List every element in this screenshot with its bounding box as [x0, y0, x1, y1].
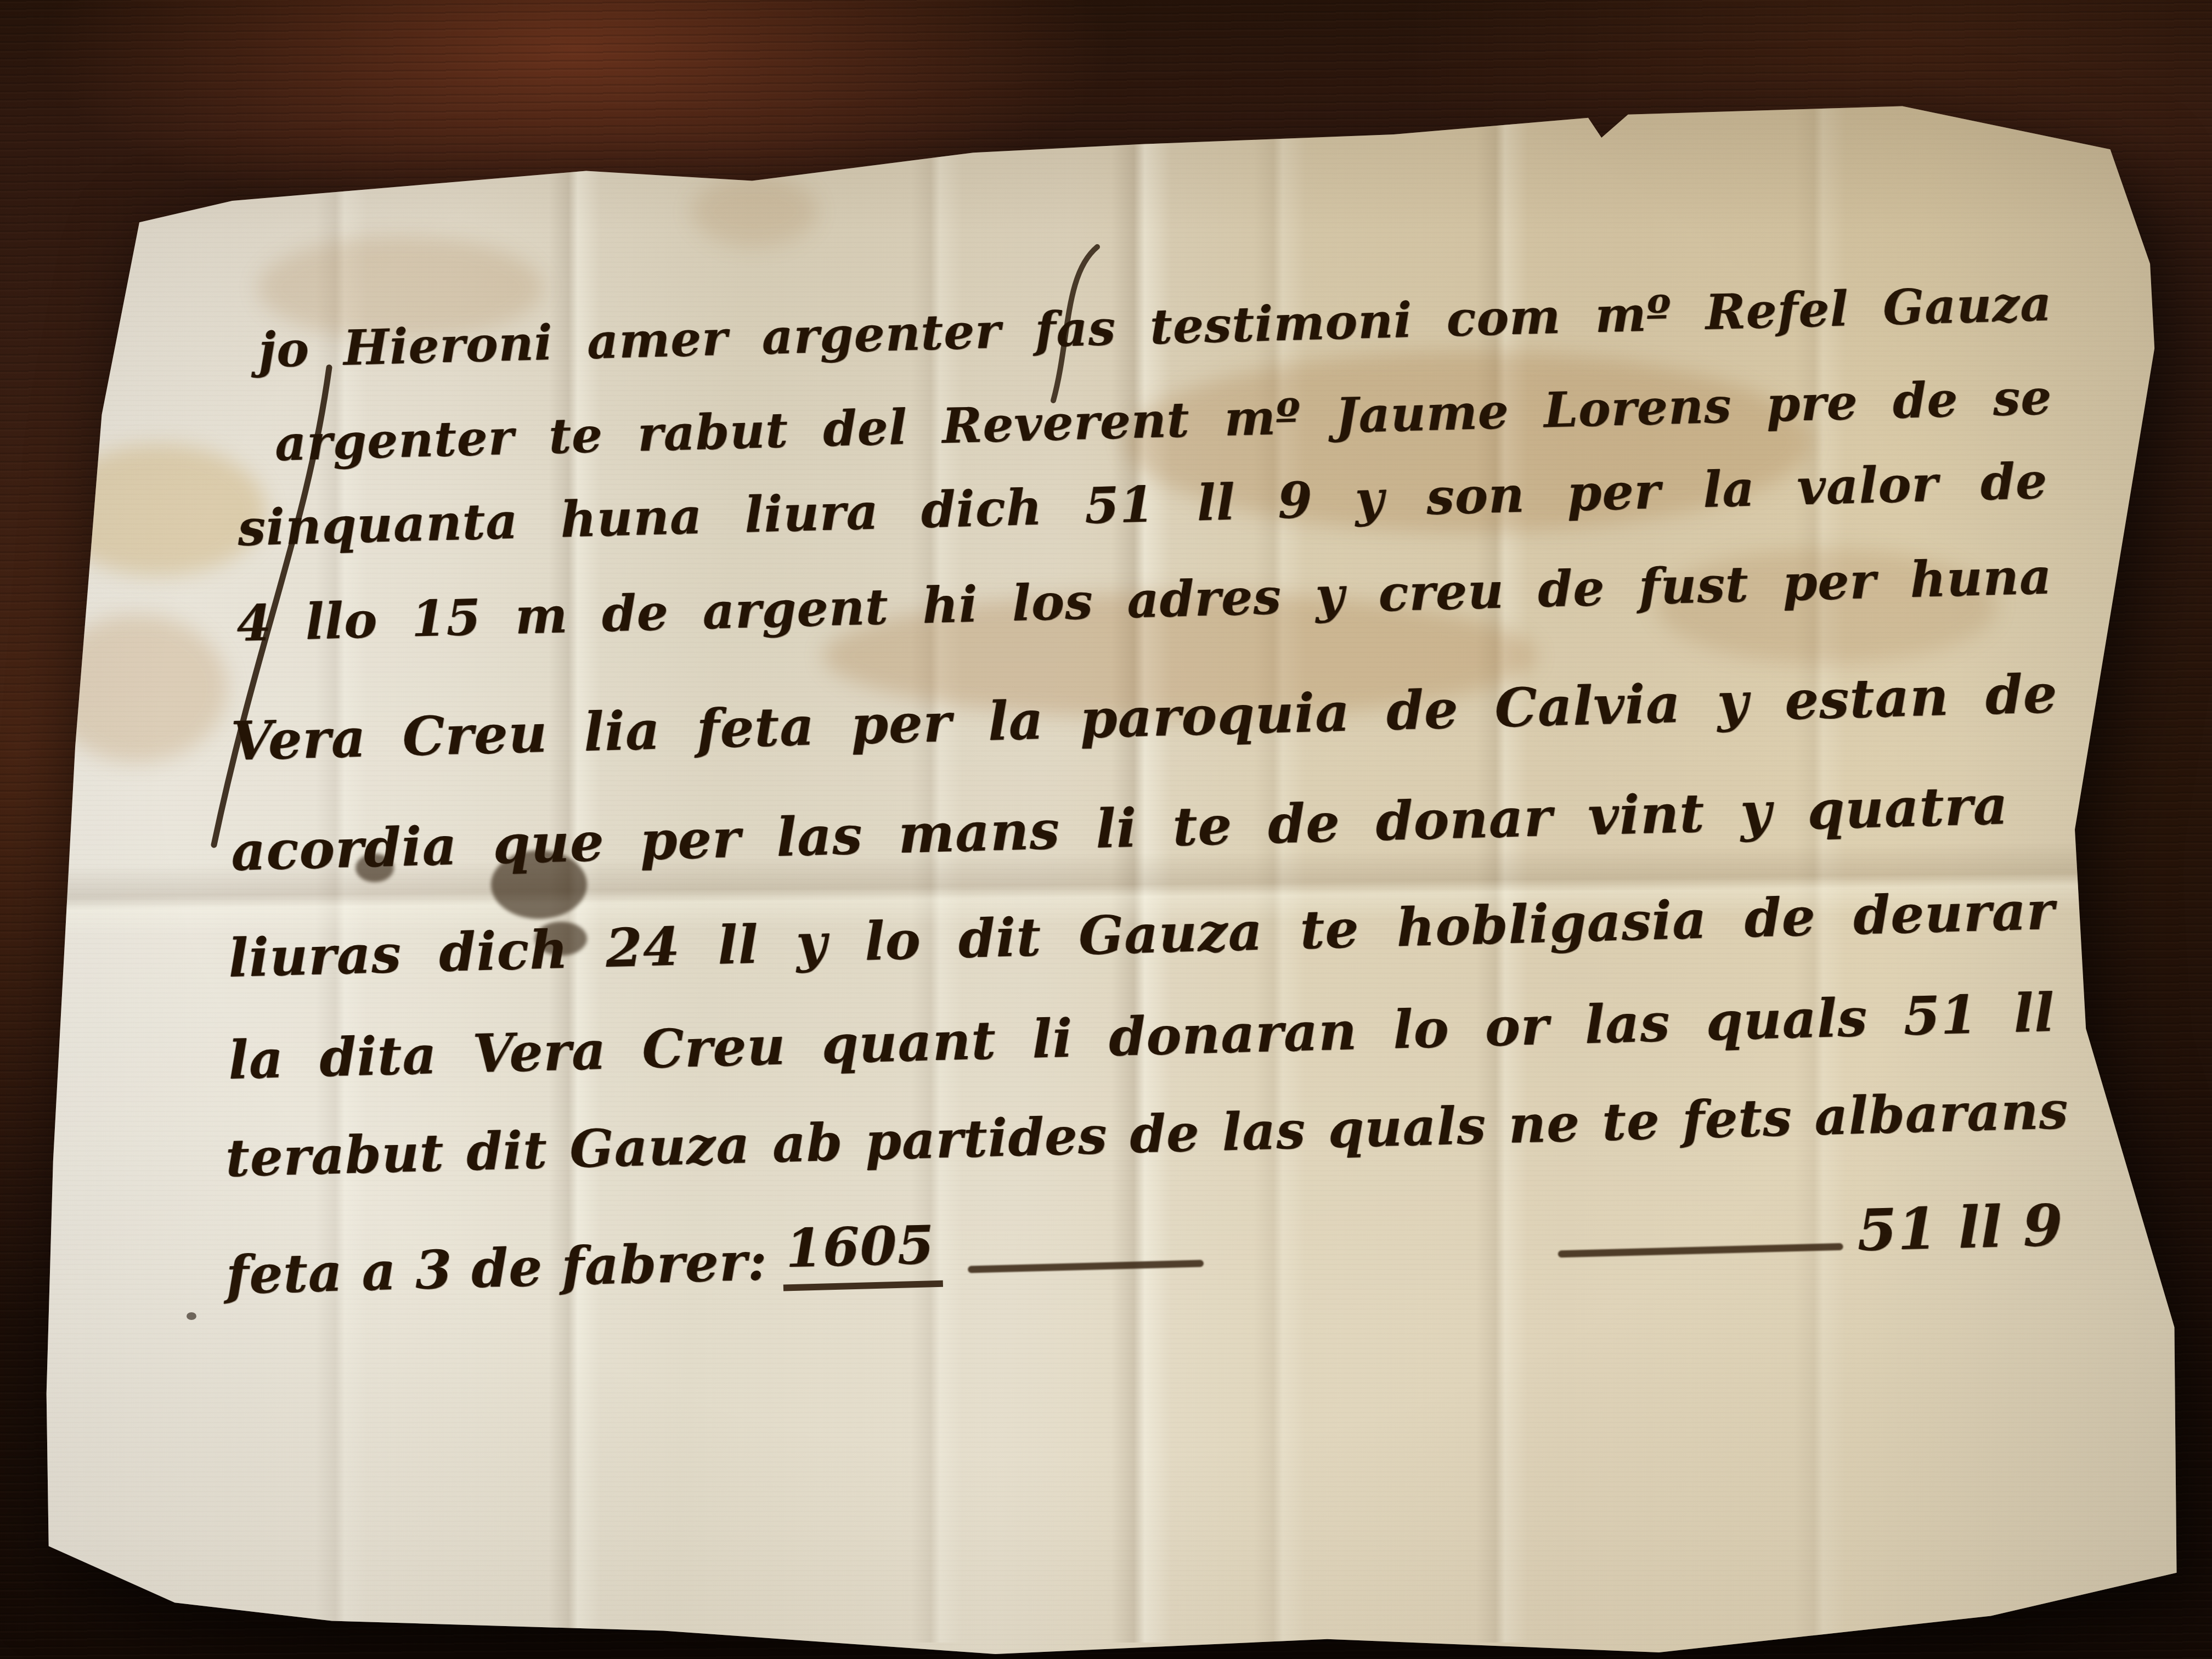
ink-bleed-stain [823, 592, 1536, 719]
manuscript-line-1: jo Hieroni amer argenter fas testimoni c… [258, 275, 2053, 378]
paper-shadow-wrap: jo Hieroni amer argenter fas testimoni c… [0, 0, 2212, 1659]
tall-ascender-flourish [1031, 241, 1108, 406]
ink-speck [45, 851, 59, 874]
ink-blot [356, 854, 394, 882]
date-text: feta a 3 de fabrer: [225, 1231, 769, 1306]
ink-bleed-stain [691, 176, 817, 247]
paper-crease-vertical [1476, 83, 1528, 1643]
ink-dash-long [1558, 1243, 1843, 1257]
paper-crease-horizontal [44, 840, 2168, 937]
ink-dash-short [968, 1260, 1204, 1273]
paper-crease-vertical [549, 83, 601, 1643]
initial-descender-flourish [198, 351, 362, 878]
paper-crease-vertical [1254, 83, 1306, 1643]
manuscript-line-6: acordia que per las mans li te de donar … [230, 775, 2009, 882]
manuscript-line-2: argenter te rabut del Reverent mº Jaume … [274, 369, 2053, 471]
photo-scene: jo Hieroni amer argenter fas testimoni c… [0, 0, 2212, 1659]
manuscript-line-3: sinquanta huna liura dich 51 ll 9 y son … [237, 453, 2049, 557]
manuscript-paper: jo Hieroni amer argenter fas testimoni c… [0, 0, 2212, 1659]
ink-bleed-stain [1125, 351, 1810, 532]
date-line: feta a 3 de fabrer: 1605 51 ll 9 [225, 1185, 2064, 1306]
paper-crease-vertical [315, 83, 368, 1643]
ink-blot [491, 850, 587, 919]
manuscript-line-4: 4 llo 15 m de argent hi los adres y creu… [236, 548, 2053, 652]
ink-bleed-stain [1657, 549, 1997, 664]
manuscript-line-5: Vera Creu lia feta per la paroquia de Ca… [230, 663, 2058, 772]
manuscript-line-9: terabut dit Gauza ab partides de las qua… [225, 1081, 2069, 1188]
paper-crease-vertical-center [1111, 83, 1171, 1643]
paper-crease-vertical [911, 83, 963, 1643]
manuscript-line-7: liuras dich 24 ll y lo dit Gauza te hobl… [228, 881, 2056, 989]
date-underlined-year: 1605 [782, 1215, 944, 1291]
yellow-stain [47, 614, 228, 763]
total-amount-annotation: 51 ll 9 [1857, 1192, 2064, 1263]
yellow-stain [52, 444, 266, 576]
ink-speck [187, 1312, 196, 1320]
manuscript-line-8: la dita Vera Creu quant li donaran lo or… [228, 983, 2056, 1091]
ink-bleed-stain [258, 236, 543, 340]
blank-gap [1204, 1271, 1559, 1280]
ink-blot [535, 922, 587, 956]
paper-crease-vertical [1794, 83, 1846, 1643]
